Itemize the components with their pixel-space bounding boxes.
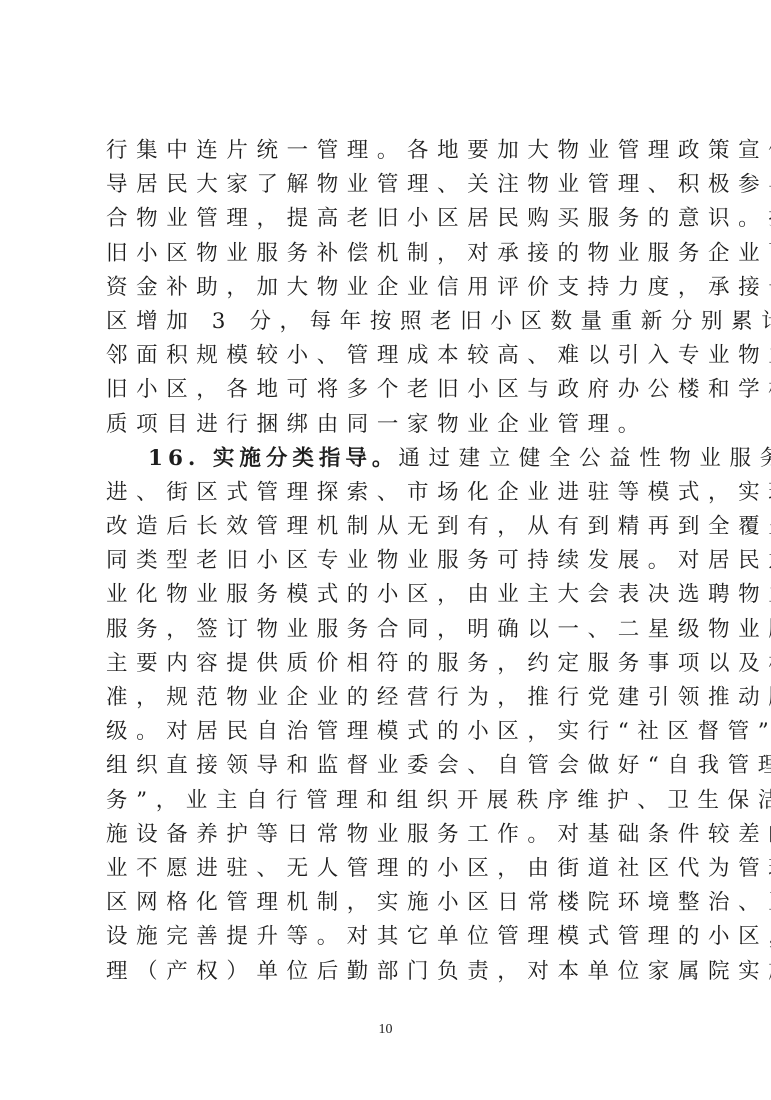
text-line: 区增加 3 分，每年按照老旧小区数量重新分别累计分值。对相 bbox=[106, 305, 686, 339]
text-line: 主要内容提供质价相符的服务，约定服务事项以及相应收费标 bbox=[106, 647, 686, 681]
document-page: 行集中连片统一管理。各地要加大物业管理政策宣传力度，引 导居民大家了解物业管理、… bbox=[0, 0, 771, 1100]
body-text: 行集中连片统一管理。各地要加大物业管理政策宣传力度，引 导居民大家了解物业管理、… bbox=[106, 134, 686, 989]
text-line: 行集中连片统一管理。各地要加大物业管理政策宣传力度，引 bbox=[106, 134, 686, 168]
text-line: 业不愿进驻、无人管理的小区，由街道社区代为管理，依托社 bbox=[106, 852, 686, 886]
text-line: 服务，签订物业服务合同，明确以一、二星级物业服务标准为 bbox=[106, 613, 686, 647]
text-line: 设施完善提升等。对其它单位管理模式管理的小区，由房屋管 bbox=[106, 920, 686, 954]
text-line: 理（产权）单位后勤部门负责，对本单位家属院实施管理，并 bbox=[106, 955, 686, 989]
text-line: 旧小区，各地可将多个老旧小区与政府办公楼和学校等公共优 bbox=[106, 373, 686, 407]
text-line: 改造后长效管理机制从无到有，从有到精再到全覆盖，推动不 bbox=[106, 510, 686, 544]
text-line: 施设备养护等日常物业服务工作。对基础条件较差的、物业企 bbox=[106, 818, 686, 852]
text-line: 同类型老旧小区专业物业服务可持续发展。对居民意愿选择专 bbox=[106, 544, 686, 578]
text-line: 务”，业主自行管理和组织开展秩序维护、卫生保洁及共用设 bbox=[106, 784, 686, 818]
text-line: 旧小区物业服务补偿机制，对承接的物业服务企业可给予财政 bbox=[106, 237, 686, 271]
text-line: 组织直接领导和监督业委会、自管会做好“自我管理、自我服 bbox=[106, 749, 686, 783]
text-line: 准，规范物业企业的经营行为，推行党建引领推动服务提档升 bbox=[106, 681, 686, 715]
text-line: 级。对居民自治管理模式的小区，实行“社区督管”，社区党 bbox=[106, 715, 686, 749]
section-16-first-line: 16. 实施分类指导。通过建立健全公益性物业服务企业引 bbox=[106, 442, 686, 476]
text-line: 导居民大家了解物业管理、关注物业管理、积极参与并支持配 bbox=[106, 168, 686, 202]
text-line: 业化物业服务模式的小区，由业主大会表决选聘物业企业提供 bbox=[106, 578, 686, 612]
text-line: 质项目进行捆绑由同一家物业企业管理。 bbox=[106, 408, 686, 442]
text-line: 进、街区式管理探索、市场化企业进驻等模式，实现老旧小区 bbox=[106, 476, 686, 510]
text-line: 合物业管理，提高老旧小区居民购买服务的意识。推动建立老 bbox=[106, 202, 686, 236]
text-line: 资金补助，加大物业企业信用评价支持力度，承接一个老旧小 bbox=[106, 271, 686, 305]
text-line: 区网格化管理机制，实施小区日常楼院环境整治、卫生清理、 bbox=[106, 886, 686, 920]
section-heading: 16. 实施分类指导。 bbox=[148, 446, 398, 471]
text-line: 邻面积规模较小、管理成本较高、难以引入专业物业服务的老 bbox=[106, 339, 686, 373]
page-number: 10 bbox=[0, 1022, 771, 1038]
section-text: 通过建立健全公益性物业服务企业引 bbox=[398, 446, 771, 471]
